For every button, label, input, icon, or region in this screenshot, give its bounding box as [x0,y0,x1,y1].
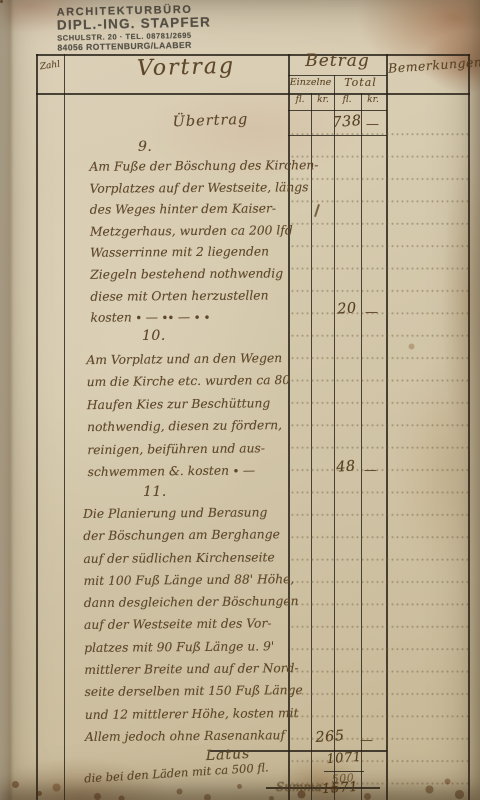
carryover-amount: 738 [329,113,364,131]
architect-office-stamp: ARCHITEKTURBÜRO DIPL.-ING. STAPFER SCHUL… [57,3,212,52]
ledger-photo-page: ARCHITEKTURBÜRO DIPL.-ING. STAPFER SCHUL… [0,0,480,800]
entry-amount: 20 [331,300,362,318]
unit-header-kr: kr. [362,95,384,105]
entry-kr-dash: — [365,305,378,320]
unit-header-kr: kr. [312,95,334,105]
entry-number: 11. [143,484,167,500]
grid-line [468,54,470,800]
entry-number: 10. [142,328,166,344]
entry-text-line: seite derselben mit 150 Fuß Länge [84,679,308,703]
entry-text-line: reinigen, beiführen und aus- [87,436,303,461]
entry-number: 9. [138,139,152,155]
unit-header-fl: fl. [336,95,358,105]
grid-line [288,110,387,111]
entry-text-line: Ziegeln bestehend nothwendig [90,263,300,286]
entry-text-line: auf der Westseite mit des Vor- [84,613,308,637]
column-header-total: Total [335,76,386,89]
paper-edge-shadow [0,0,14,800]
entry-text-line: Die Planierung und Berasung [83,501,307,525]
entry-text-line: mit 100 Fuß Länge und 88' Höhe, [84,568,308,592]
entry-text-line: Am Fuße der Böschung des Kirchen- [89,155,299,178]
entry-text-line: dann desgleichen der Böschungen [84,590,308,614]
entry-text-line: des Weges hinter dem Kaiser- [90,198,300,221]
entry-text-line: Vorplatzes auf der Westseite, längs [90,177,300,200]
column-header-zahl: Zahl [35,59,64,73]
entry-kr-dash: — [360,733,373,748]
stamp-city: 84056 ROTTENBURG/LAABER [57,39,211,52]
entry-text-line: kosten ∙ — ∙∙ — ∙ ∙ [90,306,300,329]
unit-header-fl: fl. [289,95,311,105]
grid-line [36,93,470,95]
column-header-betrag: Betrag [288,51,387,71]
entry-text-line: um die Kirche etc. wurden ca 80 [87,369,303,394]
entry-text-line: platzes mit 90 Fuß Länge u. 9' [84,635,308,659]
entry-text-line: Am Vorplatz und an den Wegen [86,347,302,372]
entry-text-line: nothwendig, diesen zu fördern, [87,414,303,439]
entry-text-line: auf der südlichen Kirchenseite [83,546,307,570]
carryover-label: Übertrag [153,111,268,131]
entry-text: Am Fuße der Böschung des Kirchen- Vorpla… [89,155,300,329]
entry-text-line: Wasserrinne mit 2 liegenden [90,242,300,265]
entry-text-line: und 12 mittlerer Höhe, kosten mit [85,702,309,726]
entry-amount: 265 [310,728,349,747]
entry-text-line: Metzgerhaus, wurden ca 200 lfd [90,220,300,243]
column-header-einzelne: Einzelne [287,77,334,88]
entry-text: Die Planierung und Berasung der Böschung… [83,501,309,748]
entry-text-line: schwemmen &. kosten ∙ — [87,459,303,484]
foxing-speckles [0,0,3,3]
grid-line [64,54,65,800]
entry-amount: 48 [330,458,361,476]
column-header-vortrag: Vortrag [88,52,285,82]
entry-text-line: Haufen Kies zur Beschüttung [87,392,303,417]
entry-text-line: Allem jedoch ohne Rasenankauf [85,724,309,748]
column-header-bemerkungen: Bemerkungen [388,55,469,76]
entry-text-line: mittlerer Breite und auf der Nord- [84,657,308,681]
grid-line [36,54,38,800]
grand-total-amount: 1571 [317,778,362,797]
entry-text-line: diese mit Orten herzustellen [90,285,300,308]
carryover-kr-dash: — [366,117,379,132]
entry-text: Am Vorplatz und an den Wegen um die Kirc… [86,347,303,484]
entry-kr-dash: — [364,463,377,478]
entry-text-line: der Böschungen am Berghange [83,523,307,547]
